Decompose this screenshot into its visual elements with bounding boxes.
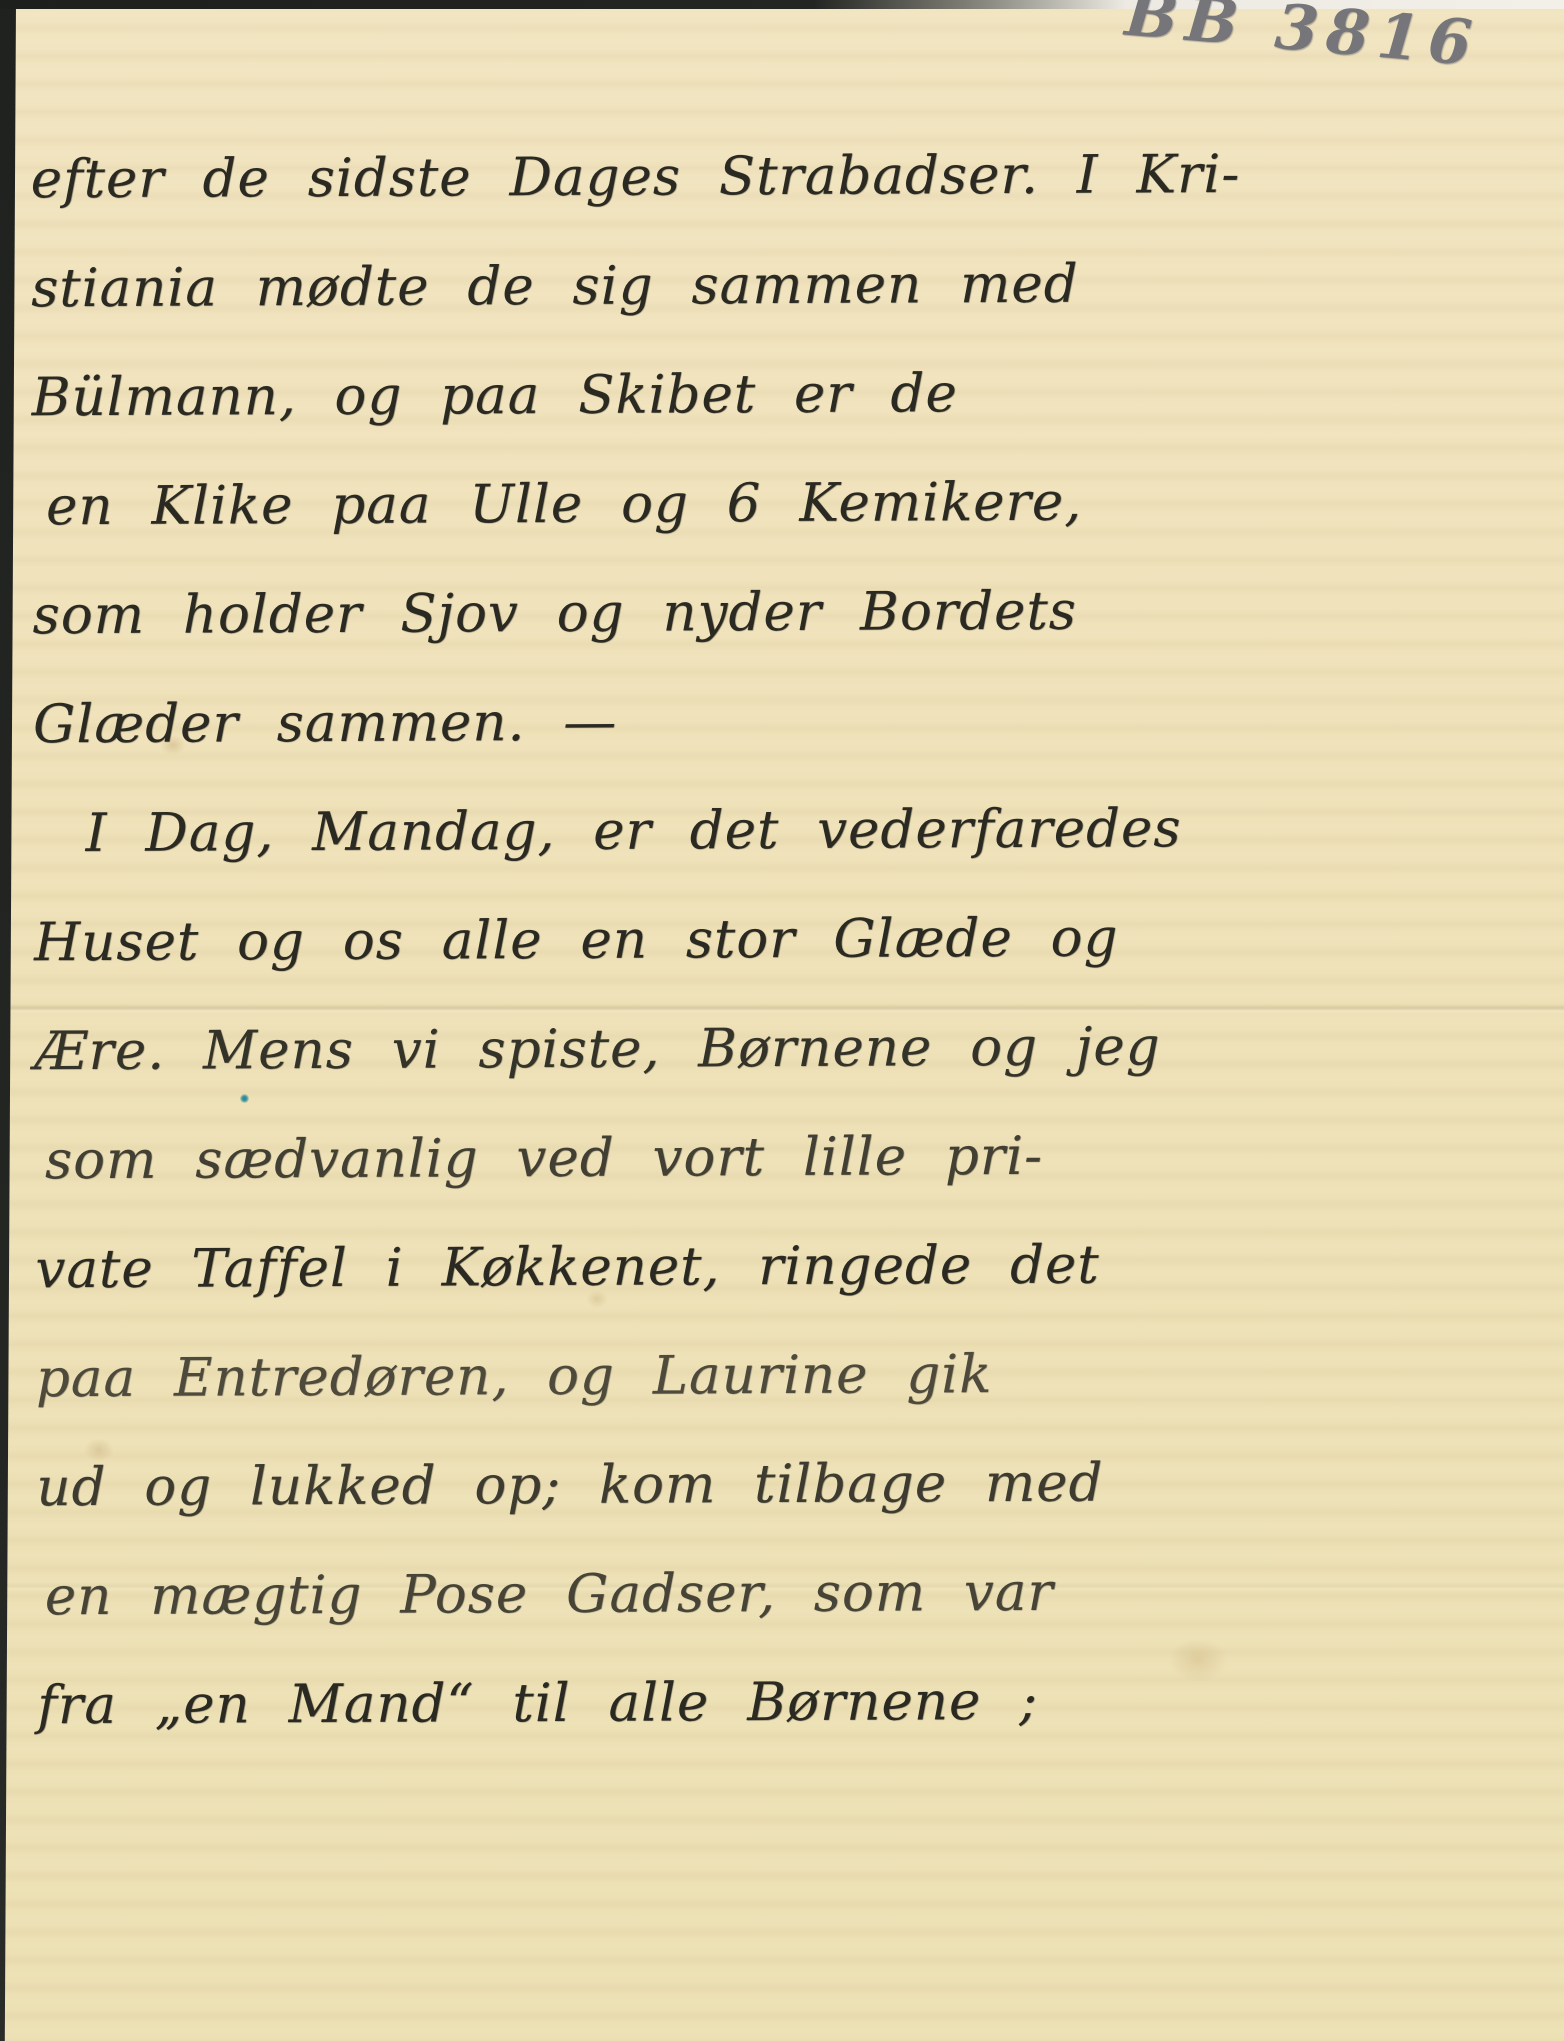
handwritten-line: efter de sidste Dages Strabadser. I Kri- bbox=[30, 119, 1530, 235]
letter-body: efter de sidste Dages Strabadser. I Kri-… bbox=[30, 119, 1537, 1761]
handwritten-line: paa Entredøren, og Laurine gik bbox=[36, 1318, 1536, 1434]
handwritten-line: stiania mødte de sig sammen med bbox=[31, 228, 1531, 344]
handwritten-line: en Klike paa Ulle og 6 Kemikere, bbox=[32, 446, 1532, 562]
handwritten-line: I Dag, Mandag, er det vederfaredes bbox=[33, 773, 1533, 889]
handwritten-line: Glæder sammen. — bbox=[33, 664, 1533, 780]
handwritten-line: vate Taffel i Køkkenet, ringede det bbox=[35, 1209, 1535, 1325]
handwritten-line: fra „en Mand“ til alle Børnene ; bbox=[37, 1645, 1537, 1761]
handwritten-line: ud og lukked op; kom tilbage med bbox=[36, 1427, 1536, 1543]
archival-number-pencil: BB 3816 bbox=[1123, 0, 1483, 80]
handwritten-line: som holder Sjov og nyder Bordets bbox=[32, 555, 1532, 671]
handwritten-line: en mægtig Pose Gadser, som var bbox=[37, 1536, 1537, 1652]
handwritten-line: Huset og os alle en stor Glæde og bbox=[34, 882, 1534, 998]
scan-edge-left bbox=[0, 0, 16, 2041]
handwritten-line: Bülmann, og paa Skibet er de bbox=[31, 337, 1531, 453]
handwritten-line: som sædvanlig ved vort lille pri- bbox=[35, 1100, 1535, 1216]
scanned-letter-page: BB 3816 efter de sidste Dages Strabadser… bbox=[0, 0, 1564, 2041]
handwritten-line: Ære. Mens vi spiste, Børnene og jeg bbox=[34, 991, 1534, 1107]
